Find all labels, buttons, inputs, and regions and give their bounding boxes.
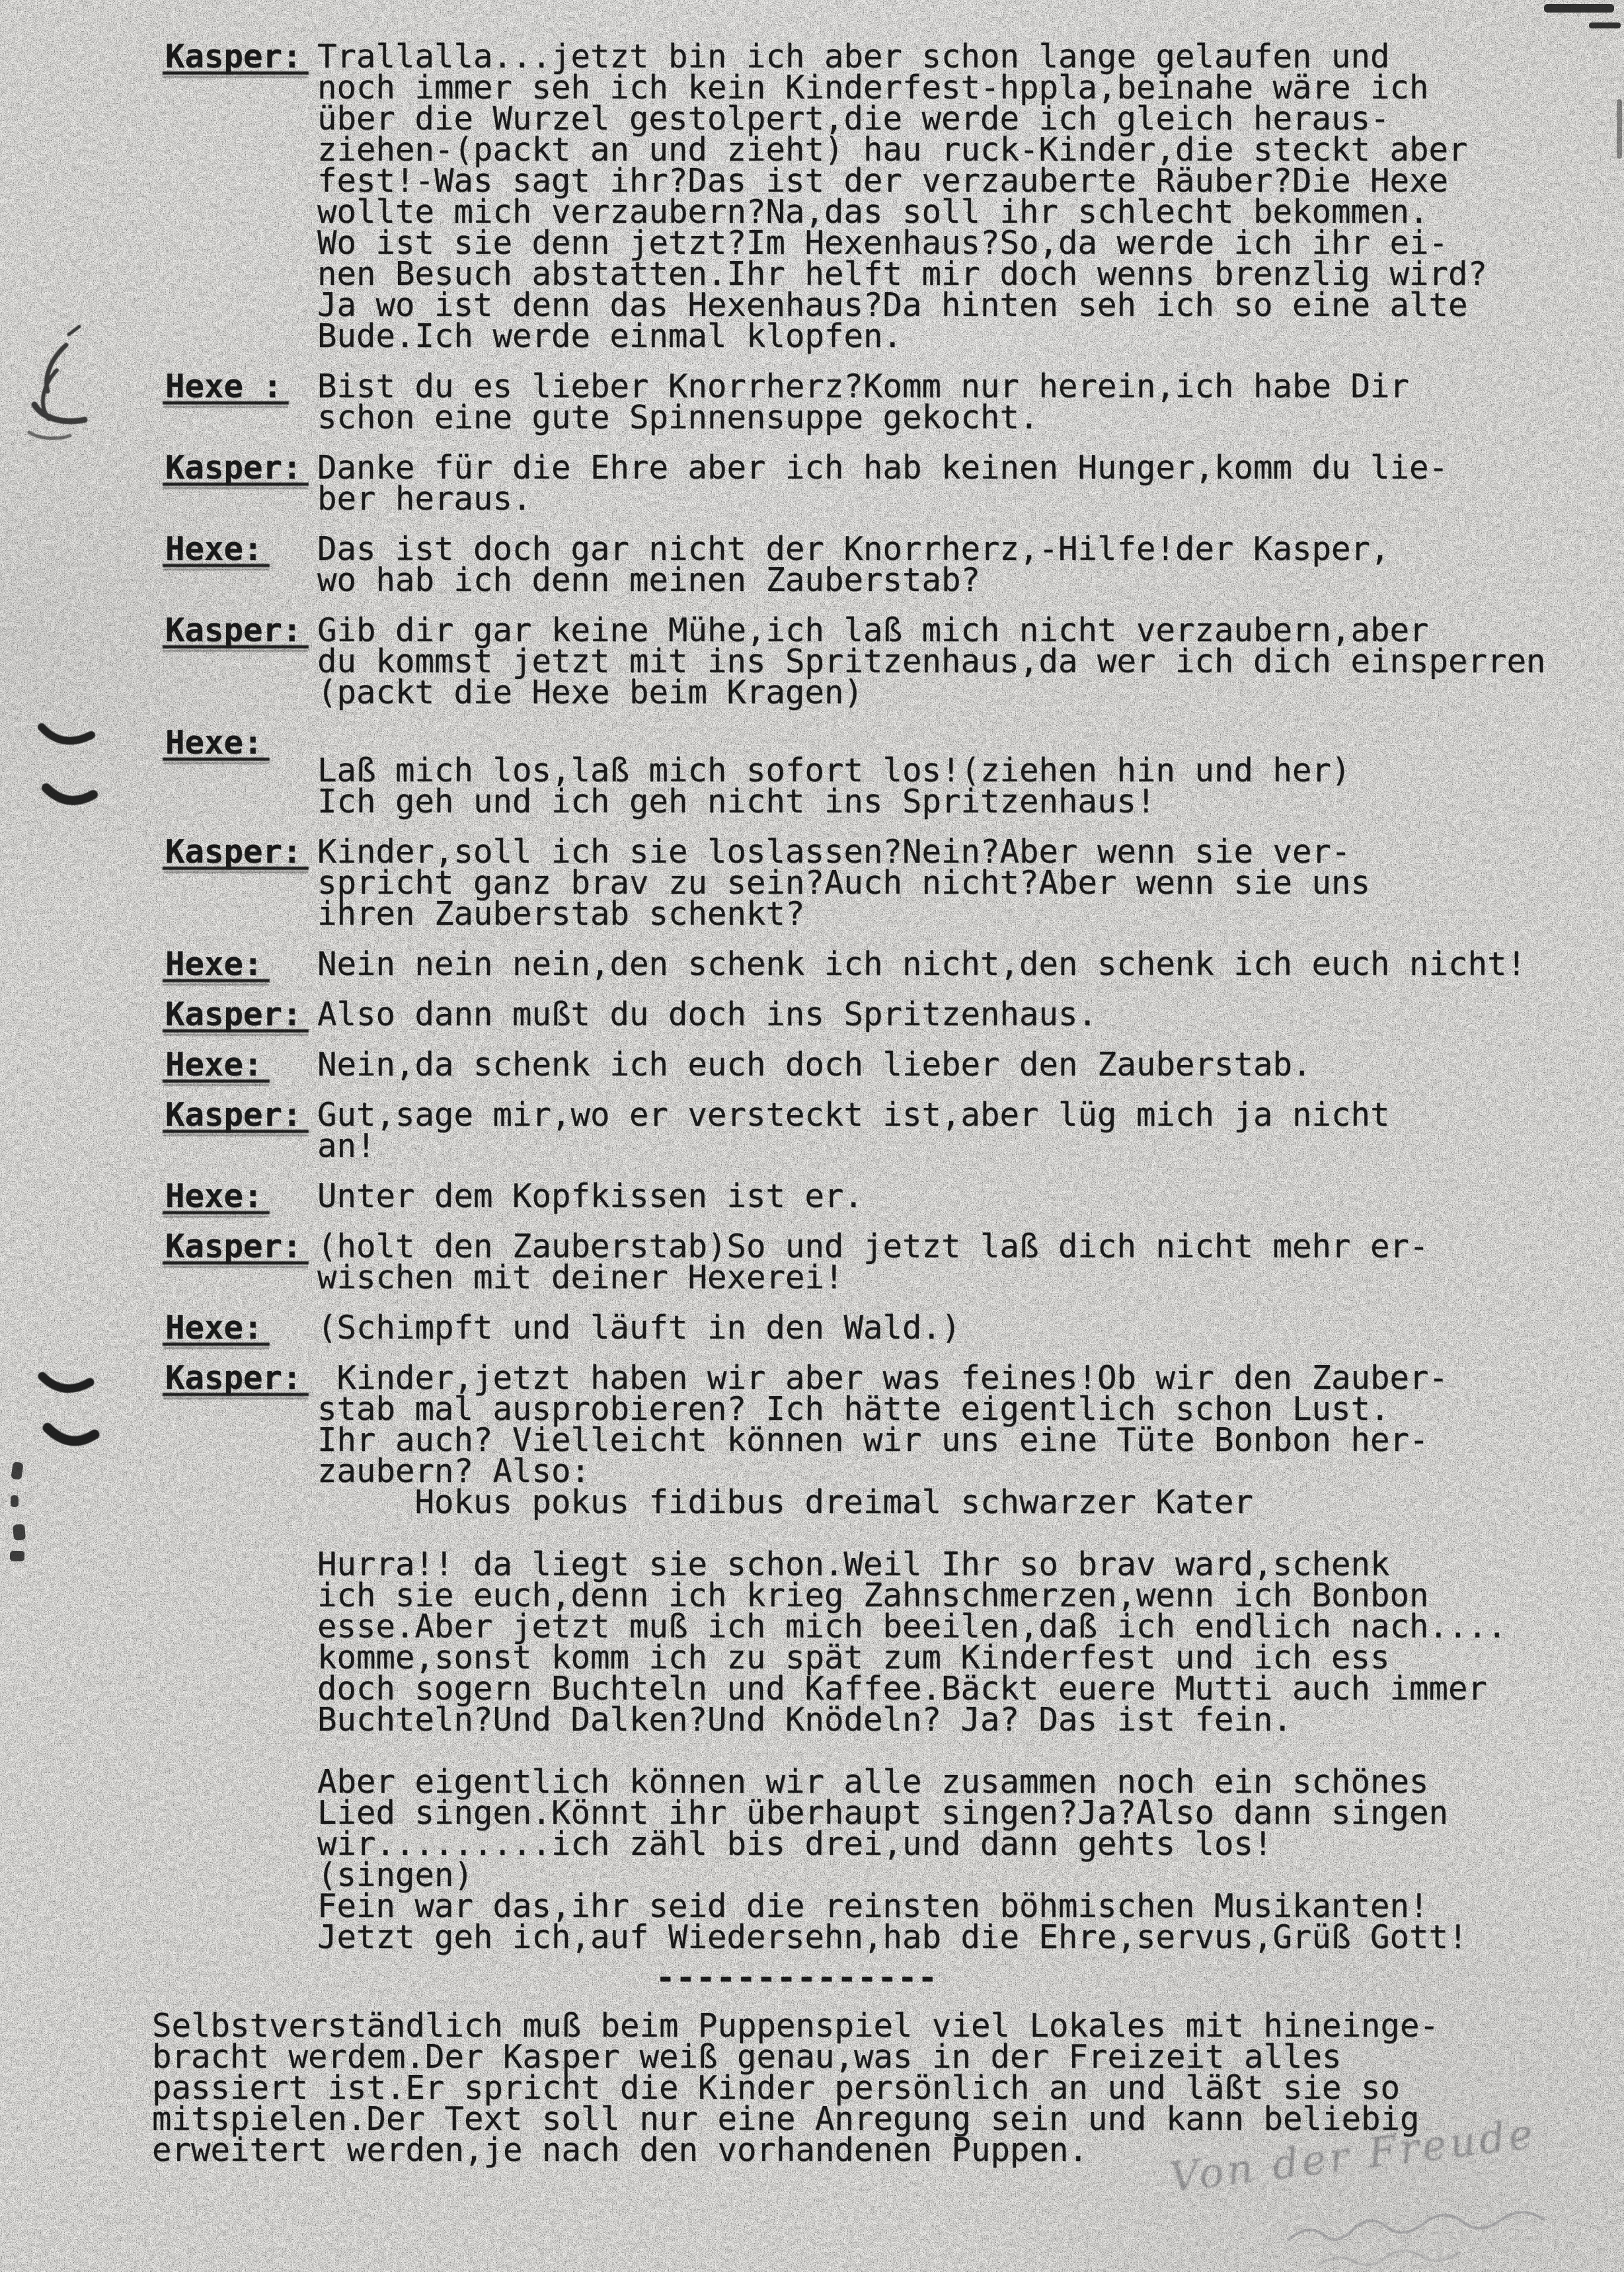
speech-text: Das ist doch gar nicht der Knorrherz,-Hi…: [317, 533, 1390, 596]
speech-text: (Schimpft und läuft in den Wald.): [317, 1312, 961, 1343]
speaker-label: Kasper:: [165, 836, 317, 867]
speech-text: Gut,sage mir,wo er versteckt ist,aber lü…: [317, 1099, 1390, 1161]
speech-text: Laß mich los,laß mich sofort los!(ziehen…: [317, 727, 1351, 817]
speaker-label: Hexe:: [165, 1049, 317, 1080]
speech-block: Kasper:Danke für die Ehre aber ich hab k…: [165, 452, 1593, 514]
speaker-label-text: Kasper:: [165, 1099, 302, 1130]
speaker-label-text: Hexe:: [165, 1312, 263, 1343]
speaker-label: Hexe:: [165, 533, 317, 565]
speech-text: Danke für die Ehre aber ich hab keinen H…: [317, 452, 1448, 514]
speaker-label: Kasper:: [165, 452, 317, 483]
speaker-label-text: Hexe :: [165, 371, 282, 402]
typed-separator: --------------: [656, 1962, 1593, 1993]
speech-block: Hexe:Nein nein nein,den schenk ich nicht…: [165, 949, 1593, 980]
hole-punch-mark-bottom: [42, 1376, 95, 1441]
speaker-label-text: Kasper:: [165, 999, 302, 1030]
handwriting-squiggle: [1289, 2212, 1544, 2265]
speech-block: Kasper:Kinder,soll ich sie loslassen?Nei…: [165, 836, 1593, 929]
speech-text: Trallalla...jetzt bin ich aber schon lan…: [317, 41, 1487, 352]
speech-text: Nein,da schenk ich euch doch lieber den …: [317, 1049, 1312, 1080]
speaker-label-text: Kasper:: [165, 836, 302, 867]
speaker-label-text: Kasper:: [165, 615, 302, 646]
speech-block: Kasper: Kinder,jetzt haben wir aber was …: [165, 1362, 1593, 1953]
speaker-label-text: Kasper:: [165, 1231, 302, 1262]
speaker-label: Kasper:: [165, 41, 317, 72]
speaker-label: Kasper:: [165, 1231, 317, 1262]
speaker-label: Kasper:: [165, 615, 317, 646]
speech-text: Kinder,jetzt haben wir aber was feines!O…: [317, 1362, 1507, 1953]
speech-block: Kasper:(holt den Zauberstab)So und jetzt…: [165, 1231, 1593, 1293]
speech-text: Also dann mußt du doch ins Spritzenhaus.: [317, 999, 1097, 1030]
speech-block: Hexe:(Schimpft und läuft in den Wald.): [165, 1312, 1593, 1343]
speaker-label: Hexe :: [165, 371, 317, 402]
speech-text: (holt den Zauberstab)So und jetzt laß di…: [317, 1231, 1429, 1293]
speaker-label-text: Hexe:: [165, 533, 263, 565]
speaker-label-text: Kasper:: [165, 41, 302, 72]
speaker-label: Kasper:: [165, 999, 317, 1030]
speaker-label: Kasper:: [165, 1362, 317, 1393]
scanned-script-page: Kasper:Trallalla...jetzt bin ich aber sc…: [0, 0, 1624, 2272]
speaker-label-text: Hexe:: [165, 1181, 263, 1212]
speaker-label: Hexe:: [165, 1181, 317, 1212]
hole-punch-mark-top: [42, 727, 93, 801]
speaker-label-text: Hexe:: [165, 949, 263, 980]
speaker-label: Kasper:: [165, 1099, 317, 1130]
speech-block: Kasper:Gib dir gar keine Mühe,ich laß mi…: [165, 615, 1593, 708]
speech-text: Kinder,soll ich sie loslassen?Nein?Aber …: [317, 836, 1370, 929]
speech-block: Kasper:Trallalla...jetzt bin ich aber sc…: [165, 41, 1593, 352]
speaker-label: Hexe:: [165, 1312, 317, 1343]
speaker-label: Hexe:: [165, 949, 317, 980]
speech-block: Kasper:Also dann mußt du doch ins Spritz…: [165, 999, 1593, 1030]
dialogue: Kasper:Trallalla...jetzt bin ich aber sc…: [165, 41, 1593, 1953]
speech-block: Hexe:Laß mich los,laß mich sofort los!(z…: [165, 727, 1593, 817]
speech-text: Gib dir gar keine Mühe,ich laß mich nich…: [317, 615, 1546, 708]
speech-text: Nein nein nein,den schenk ich nicht,den …: [317, 949, 1526, 980]
pen-scribble: [29, 327, 85, 438]
speaker-label-text: Kasper:: [165, 1362, 302, 1393]
speaker-label: Hexe:: [165, 727, 317, 758]
typed-content: Kasper:Trallalla...jetzt bin ich aber sc…: [165, 41, 1593, 2166]
speech-text: Unter dem Kopfkissen ist er.: [317, 1181, 863, 1212]
speech-block: Hexe:Das ist doch gar nicht der Knorrher…: [165, 533, 1593, 596]
pen-marks-left-edge: [10, 1462, 26, 1561]
speech-block: Hexe:Nein,da schenk ich euch doch lieber…: [165, 1049, 1593, 1080]
speech-text: Bist du es lieber Knorrherz?Komm nur her…: [317, 371, 1409, 433]
speaker-label-text: Kasper:: [165, 452, 302, 483]
speaker-label-text: Hexe:: [165, 1049, 263, 1080]
speech-block: Kasper:Gut,sage mir,wo er versteckt ist,…: [165, 1099, 1593, 1161]
speech-block: Hexe:Unter dem Kopfkissen ist er.: [165, 1181, 1593, 1212]
speaker-label-text: Hexe:: [165, 727, 263, 758]
speech-block: Hexe :Bist du es lieber Knorrherz?Komm n…: [165, 371, 1593, 433]
